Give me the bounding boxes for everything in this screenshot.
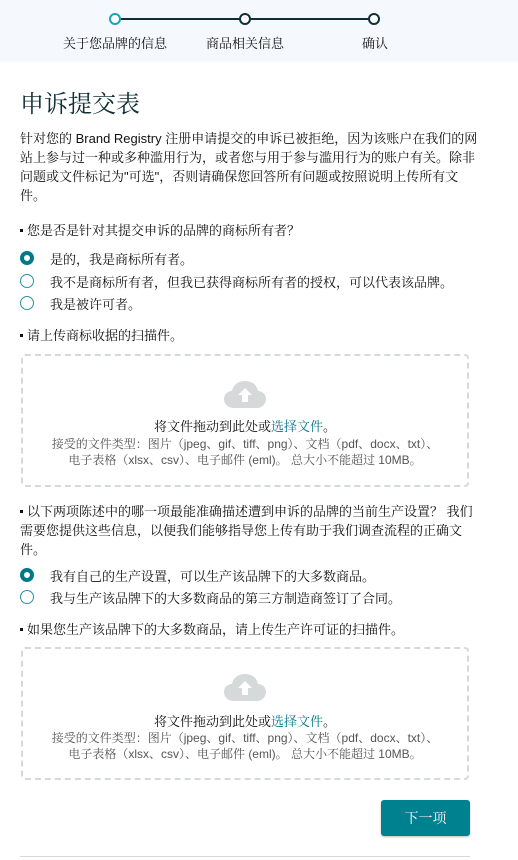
bullet-icon [20,628,23,631]
drop-instruction: 将文件拖动到此处或选择文件。 [23,711,467,730]
drop-text: 将文件拖动到此处或 [154,714,271,729]
radio-button[interactable] [20,590,34,604]
radio-button[interactable] [20,274,34,288]
question-upload-license: 如果您生产该品牌下的大多数商品，请上传生产许可证的扫描件。 [20,620,480,639]
step-dot-confirm [368,13,380,25]
question-text: 您是否是针对其提交申诉的品牌的商标所有者？ [27,223,300,238]
choose-file-link[interactable]: 选择文件 [271,714,323,729]
step-label-brand-info: 关于您品牌的信息 [63,33,167,52]
radio-option-own-production[interactable]: 我有自己的生产设置，可以生产该品牌下的大多数商品。 [20,565,375,585]
bullet-icon [20,334,23,337]
radio-label: 我是被许可者。 [50,294,141,313]
hint-line-2: 电子表格（xlsx、csv）、电子邮件 (eml)。 总大小不能超过 10MB。 [23,746,467,762]
question-upload-trademark: 请上传商标收据的扫描件。 [20,326,480,345]
accepted-file-types: 接受的文件类型：图片（jpeg、gif、tiff、png）、文档（pdf、doc… [23,730,467,762]
radio-button-checked[interactable] [20,568,34,582]
cloud-upload-icon [224,673,266,703]
question-trademark-owner: 您是否是针对其提交申诉的品牌的商标所有者？ [20,221,480,240]
radio-option-third-party[interactable]: 我与生产该品牌下的大多数商品的第三方制造商签订了合同。 [20,587,401,607]
divider [20,856,470,857]
radio-option-authorized[interactable]: 我不是商标所有者，但我已获得商标所有者的授权，可以代表该品牌。 [20,271,453,291]
question-production-setup: 以下两项陈述中的哪一项最能准确描述遭到申诉的品牌的当前生产设置？ 我们需要您提供… [20,502,480,559]
hint-line-1: 接受的文件类型：图片（jpeg、gif、tiff、png）、文档（pdf、doc… [23,730,467,746]
hint-line-2: 电子表格（xlsx、csv）、电子邮件 (eml)。 总大小不能超过 10MB。 [23,452,467,468]
intro-text: 针对您的 Brand Registry 注册申请提交的申诉已被拒绝，因为该账户在… [20,129,480,205]
step-dot-brand-info [109,13,121,25]
radio-label: 是的，我是商标所有者。 [50,249,193,268]
next-button[interactable]: 下一项 [381,800,470,836]
radio-option-licensee[interactable]: 我是被许可者。 [20,293,141,313]
step-dot-product-info [239,13,251,25]
radio-label: 我不是商标所有者，但我已获得商标所有者的授权，可以代表该品牌。 [50,272,453,291]
drop-instruction: 将文件拖动到此处或选择文件。 [23,416,467,435]
radio-option-owner[interactable]: 是的，我是商标所有者。 [20,248,193,268]
drop-text: 将文件拖动到此处或 [154,419,271,434]
cloud-upload-icon [224,380,266,410]
accepted-file-types: 接受的文件类型：图片（jpeg、gif、tiff、png）、文档（pdf、doc… [23,436,467,468]
choose-file-link[interactable]: 选择文件 [271,419,323,434]
step-label-confirm: 确认 [362,33,388,52]
radio-label: 我有自己的生产设置，可以生产该品牌下的大多数商品。 [50,566,375,585]
bullet-icon [20,510,23,513]
progress-stepper: 关于您品牌的信息 商品相关信息 确认 [0,0,518,62]
drop-text-end: 。 [323,419,336,434]
radio-button-checked[interactable] [20,251,34,265]
radio-label: 我与生产该品牌下的大多数商品的第三方制造商签订了合同。 [50,588,401,607]
question-text: 以下两项陈述中的哪一项最能准确描述遭到申诉的品牌的当前生产设置？ 我们需要您提供… [20,504,473,557]
step-label-product-info: 商品相关信息 [206,33,284,52]
radio-button[interactable] [20,296,34,310]
bullet-icon [20,229,23,232]
question-text: 如果您生产该品牌下的大多数商品，请上传生产许可证的扫描件。 [27,622,404,637]
hint-line-1: 接受的文件类型：图片（jpeg、gif、tiff、png）、文档（pdf、doc… [23,436,467,452]
page-title: 申诉提交表 [20,84,140,119]
question-text: 请上传商标收据的扫描件。 [27,328,183,343]
file-dropzone-license[interactable]: 将文件拖动到此处或选择文件。 接受的文件类型：图片（jpeg、gif、tiff、… [21,647,469,780]
drop-text-end: 。 [323,714,336,729]
file-dropzone-trademark[interactable]: 将文件拖动到此处或选择文件。 接受的文件类型：图片（jpeg、gif、tiff、… [21,354,469,487]
